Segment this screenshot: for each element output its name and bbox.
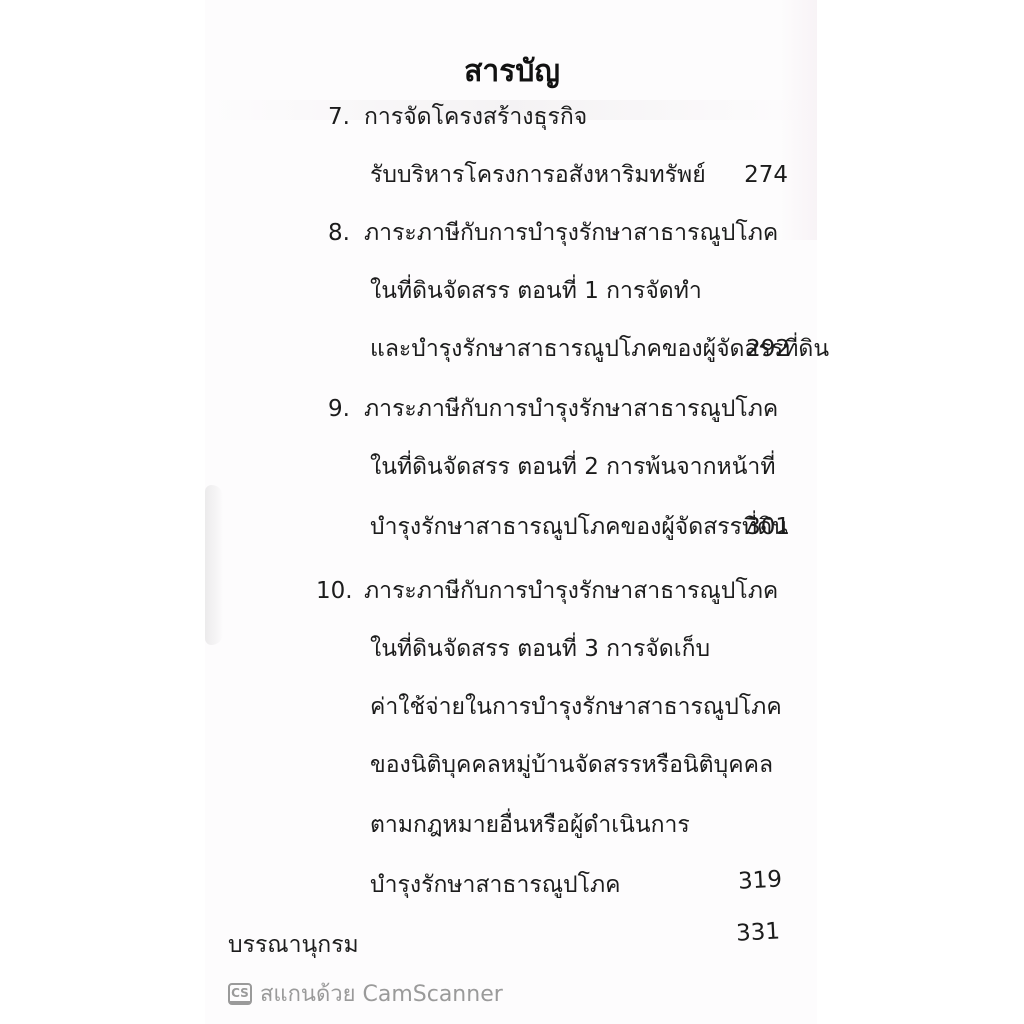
toc-entry-line: ของนิติบุคคลหมู่บ้านจัดสรรหรือนิติบุคคล — [370, 750, 773, 780]
bibliography-label: บรรณานุกรม — [228, 930, 359, 960]
camscanner-watermark: CS สแกนด้วย CamScanner — [228, 976, 503, 1011]
toc-entry-line: ภาระภาษีกับการบำรุงรักษาสาธารณูปโภค — [364, 218, 778, 248]
toc-entry-line: ตามกฎหมายอื่นหรือผู้ดำเนินการ — [370, 810, 690, 840]
toc-entry-line: บำรุงรักษาสาธารณูปโภคของผู้จัดสรรที่ดิน — [370, 512, 788, 542]
watermark-text: สแกนด้วย CamScanner — [260, 976, 503, 1011]
toc-entry-line: บำรุงรักษาสาธารณูปโภค — [370, 870, 621, 900]
toc-entry-page: 319 — [721, 864, 782, 897]
page-edge-shading — [780, 0, 817, 240]
page-fold-shadow — [205, 485, 223, 645]
toc-entry-line: การจัดโครงสร้างธุรกิจ — [364, 102, 587, 132]
toc-entry-number: 8. — [328, 218, 350, 248]
toc-entry-number: 10. — [316, 576, 353, 606]
toc-entry-line: รับบริหารโครงการอสังหาริมทรัพย์ — [370, 160, 706, 190]
toc-entry-line: ภาระภาษีกับการบำรุงรักษาสาธารณูปโภค — [364, 394, 778, 424]
toc-entry-line: ในที่ดินจัดสรร ตอนที่ 2 การพ้นจากหน้าที่ — [370, 452, 776, 482]
toc-entry-line: ค่าใช้จ่ายในการบำรุงรักษาสาธารณูปโภค — [370, 692, 782, 722]
toc-entry-line: ในที่ดินจัดสรร ตอนที่ 1 การจัดทำ — [370, 276, 702, 306]
camscanner-logo-icon: CS — [228, 983, 252, 1005]
toc-entry-page: 301 — [730, 512, 790, 542]
toc-entry-line: ภาระภาษีกับการบำรุงรักษาสาธารณูปโภค — [364, 576, 778, 606]
toc-entry-line: ในที่ดินจัดสรร ตอนที่ 3 การจัดเก็บ — [370, 634, 710, 664]
page-title: สารบัญ — [0, 48, 1024, 95]
toc-entry-page: 274 — [728, 160, 788, 190]
toc-entry-number: 9. — [328, 394, 350, 424]
toc-entry-page: 292 — [730, 334, 790, 364]
bibliography-page: 331 — [719, 916, 780, 949]
toc-entry-number: 7. — [328, 102, 350, 132]
